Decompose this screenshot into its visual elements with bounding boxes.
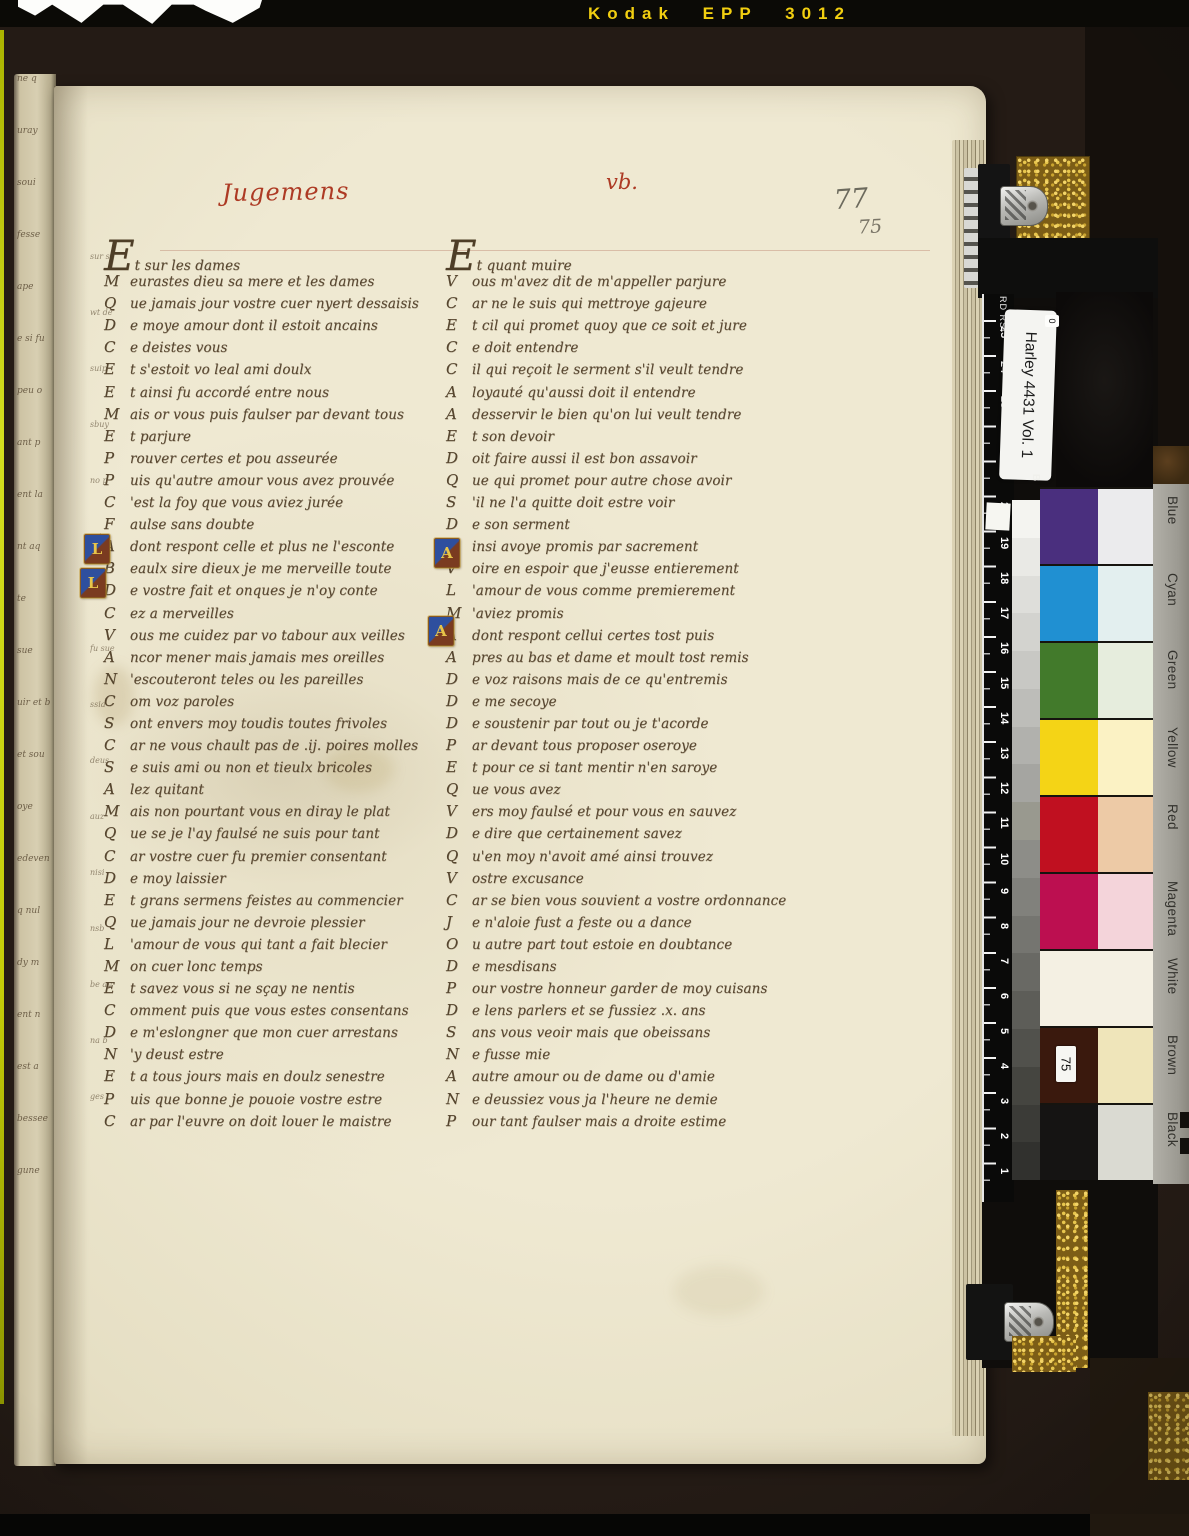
line-initial: E: [104, 891, 130, 909]
gray-step: [1012, 991, 1040, 1029]
line-initial: Q: [104, 824, 130, 842]
clip-bar-top: [964, 168, 978, 288]
line-initial: D: [446, 670, 472, 688]
line-text: omment puis que vous estes consentans: [130, 1003, 409, 1019]
line-initial: Q: [104, 913, 130, 931]
line-initial: C: [446, 294, 472, 312]
gray-step: [1012, 802, 1040, 840]
line-text: t quant muire: [477, 258, 572, 274]
manuscript-line: De mesdisans: [446, 957, 876, 979]
line-initial: C: [104, 1112, 130, 1130]
patch-tint: [1098, 489, 1155, 564]
edge-text-fragment: ape: [17, 282, 57, 292]
gray-step: [1012, 916, 1040, 954]
line-text: rouver certes et pou asseurée: [130, 451, 338, 467]
manuscript-line: Je n'aloie fust a feste ou a dance: [446, 913, 876, 935]
manuscript-line: Sans vous veoir mais que obeissans: [446, 1023, 876, 1045]
edge-text-fragment: sue: [17, 646, 57, 656]
line-text: u autre part tout estoie en doubtance: [472, 937, 732, 953]
manuscript-line: Cil qui reçoit le serment s'il veult ten…: [446, 360, 876, 382]
manuscript-line: Que vous avez: [446, 780, 876, 802]
folio-number-75: 75: [857, 215, 882, 238]
line-text: dont respont celle et plus ne l'esconte: [130, 539, 394, 555]
ruler-number: 2: [998, 1133, 1010, 1139]
line-initial: A: [104, 780, 130, 798]
manuscript-line: Que jamais jour vostre cuer nyert dessai…: [104, 294, 456, 316]
line-text: ue qui promet pour autre chose avoir: [472, 473, 732, 489]
manuscript-line: Vous me cuidez par vo tabour aux veilles: [104, 626, 456, 648]
strip-notch: [1180, 1138, 1189, 1154]
ruler-number: 3: [998, 1098, 1010, 1104]
line-text: ue jamais jour ne devroie plessier: [130, 915, 365, 931]
line-text: ar se bien vous souvient a vostre ordonn…: [472, 893, 786, 909]
edge-text-fragment: te: [17, 594, 57, 604]
tape-scrap: [985, 502, 1010, 530]
gilt-binding-bottom-patch: [1012, 1336, 1076, 1372]
edge-text-fragment: edeven: [17, 854, 57, 864]
line-text: e me secoye: [472, 694, 557, 710]
manuscript-line: Comment puis que vous estes consentans: [104, 1001, 456, 1023]
line-initial: C: [104, 604, 130, 622]
line-text: ar ne le suis qui mettroye gajeure: [472, 296, 707, 312]
line-initial: E: [446, 758, 472, 776]
label-mark-zero: 0: [1045, 315, 1059, 327]
folio-number-77: 77: [833, 183, 869, 216]
manuscript-line: De me secoye: [446, 692, 876, 714]
line-initial: D: [446, 824, 472, 842]
patch-label-blue: Blue: [1165, 496, 1180, 525]
line-initial: Q: [446, 471, 472, 489]
line-text: e moye amour dont il estoit ancains: [130, 318, 378, 334]
patch-label-black: Black: [1165, 1112, 1180, 1147]
line-initial: P: [446, 736, 472, 754]
line-initial: P: [104, 449, 130, 467]
line-initial: E: [446, 427, 472, 445]
manuscript-line: Ce doit entendre: [446, 338, 876, 360]
color-patch-row-magenta: [1040, 872, 1155, 949]
ruler-number: 1: [998, 1168, 1010, 1174]
ruler-number: 14: [998, 712, 1010, 724]
manuscript-line: Et s'estoit vo leal ami doulx: [104, 360, 456, 382]
manuscript-line: Et son devoir: [446, 427, 876, 449]
line-initial: D: [104, 869, 130, 887]
line-text: desservir le bien qu'on lui veult tendre: [472, 407, 741, 423]
running-title: Jugemens: [222, 177, 350, 207]
edge-text-fragment: q nul: [17, 906, 57, 916]
line-initial: S: [446, 493, 472, 511]
edge-text-fragment: ant p: [17, 438, 57, 448]
line-initial: V: [446, 559, 472, 577]
line-text: ncor mener mais jamais mes oreilles: [130, 650, 384, 666]
patch-tint: [1098, 720, 1155, 795]
line-initial: E: [104, 250, 135, 262]
gray-step: [1012, 1105, 1040, 1143]
line-initial: O: [446, 935, 472, 953]
line-initial: M: [104, 957, 130, 975]
line-text: e mesdisans: [472, 959, 557, 975]
black-band-top: [978, 238, 1158, 298]
line-initial: S: [104, 758, 130, 776]
line-text: il qui reçoit le serment s'il veult tend…: [472, 362, 744, 378]
line-text: t grans sermens feistes au commencier: [130, 893, 403, 909]
line-initial: C: [446, 360, 472, 378]
line-text: t parjure: [130, 429, 191, 445]
line-initial: P: [104, 471, 130, 489]
line-text: e deussiez vous ja l'heure ne demie: [472, 1092, 718, 1108]
edge-text-fragment: e si fu: [17, 334, 57, 344]
color-patch-row-yellow: [1040, 718, 1155, 795]
patch-label-strip: BlueCyanGreenYellowRedMagentaWhiteBrownB…: [1153, 484, 1189, 1184]
film-edge-left-strip: [0, 30, 4, 1404]
line-text: autre amour ou de dame ou d'amie: [472, 1069, 715, 1085]
patch-label-white: White: [1165, 958, 1180, 995]
quire-signature: vb.: [606, 170, 638, 194]
manuscript-line: Et savez vous si ne sçay ne nentis: [104, 979, 456, 1001]
line-initial: M: [104, 272, 130, 290]
edge-text-fragment: et sou: [17, 750, 57, 760]
manuscript-line: Mon cuer lonc temps: [104, 957, 456, 979]
manuscript-line: Adont respont celle et plus ne l'esconte: [104, 537, 456, 559]
line-text: e deistes vous: [130, 340, 228, 356]
label-mark-b: B: [1030, 474, 1041, 481]
line-initial: D: [446, 1001, 472, 1019]
edge-text-fragment: oye: [17, 802, 57, 812]
ruler-number: 18: [998, 572, 1010, 584]
patch-tint: [1098, 1028, 1155, 1103]
ruler-number: 5: [998, 1028, 1010, 1034]
manuscript-line: N'escouteront teles ou les pareilles: [104, 670, 456, 692]
manuscript-line: Aautre amour ou de dame ou d'amie: [446, 1067, 876, 1089]
manuscript-line: De voz raisons mais de ce qu'entremis: [446, 670, 876, 692]
ruler-number: 11: [998, 817, 1010, 829]
gray-step: [1012, 1142, 1040, 1180]
manuscript-line: Que se je l'ay faulsé ne suis pour tant: [104, 824, 456, 846]
patch-tint: [1098, 566, 1155, 641]
line-initial: A: [104, 648, 130, 666]
line-initial: D: [446, 515, 472, 533]
color-patch-row-brown: 75: [1040, 1026, 1155, 1103]
line-initial: E: [446, 316, 472, 334]
manuscript-line: Car par l'euvre on doit louer le maistre: [104, 1112, 456, 1134]
edge-text-fragment: peu o: [17, 386, 57, 396]
color-patch-row-red: [1040, 795, 1155, 872]
manuscript-line: Doit faire aussi il est bon assavoir: [446, 449, 876, 471]
manuscript-line: Et parjure: [104, 427, 456, 449]
line-text: t s'estoit vo leal ami doulx: [130, 362, 312, 378]
manuscript-line: Com voz paroles: [104, 692, 456, 714]
manuscript-line: Sont envers moy toudis toutes frivoles: [104, 714, 456, 736]
gray-step: [1012, 651, 1040, 689]
line-initial: S: [104, 714, 130, 732]
line-text: ue jamais jour vostre cuer nyert dessais…: [130, 296, 419, 312]
line-initial: M: [104, 802, 130, 820]
line-text: ostre excusance: [472, 871, 584, 887]
line-text: 'escouteront teles ou les pareilles: [130, 672, 364, 688]
line-initial: F: [104, 515, 130, 533]
patch-full: [1040, 951, 1155, 1026]
manuscript-line: Car se bien vous souvient a vostre ordon…: [446, 891, 876, 913]
line-text: e m'eslongner que mon cuer arrestans: [130, 1025, 398, 1041]
line-text: ers moy faulsé et pour vous en sauvez: [472, 804, 736, 820]
line-text: our vostre honneur garder de moy cuisans: [472, 981, 768, 997]
line-initial: E: [104, 979, 130, 997]
line-text: e fusse mie: [472, 1047, 550, 1063]
manuscript-line: Puis qu'autre amour vous avez prouvée: [104, 471, 456, 493]
patch-saturated: [1040, 643, 1098, 718]
line-text: dont respont cellui certes tost puis: [472, 628, 714, 644]
manuscript-line: De soustenir par tout ou je t'acorde: [446, 714, 876, 736]
line-text: e soustenir par tout ou je t'acorde: [472, 716, 709, 732]
manuscript-line: Et cil qui promet quoy que ce soit et ju…: [446, 316, 876, 338]
line-initial: V: [446, 802, 472, 820]
patch-tint: [1098, 874, 1155, 949]
manuscript-line: Beaulx sire dieux je me merveille toute: [104, 559, 456, 581]
patch-label-yellow: Yellow: [1165, 727, 1180, 768]
gray-step: [1012, 840, 1040, 878]
manuscript-line: Alez quitant: [104, 780, 456, 802]
line-initial: D: [104, 316, 130, 334]
color-patch-row-green: [1040, 641, 1155, 718]
gray-step: [1012, 613, 1040, 651]
line-text: ez a merveilles: [130, 606, 234, 622]
line-initial: Q: [104, 294, 130, 312]
ruler-number: 7: [998, 958, 1010, 964]
line-text: e son serment: [472, 517, 570, 533]
line-text: t cil qui promet quoy que ce soit et jur…: [472, 318, 747, 334]
edge-text-fragment: ent la: [17, 490, 57, 500]
manuscript-line: Puis que bonne je pouoie vostre estre: [104, 1090, 456, 1112]
line-initial: S: [446, 1023, 472, 1041]
line-text: e dire que certainement savez: [472, 826, 682, 842]
gray-step: [1012, 953, 1040, 991]
patch-saturated: [1040, 797, 1098, 872]
manuscript-line: Mais or vous puis faulser par devant tou…: [104, 405, 456, 427]
line-text: ar par l'euvre on doit louer le maistre: [130, 1114, 392, 1130]
manuscript-line: Et grans sermens feistes au commencier: [104, 891, 456, 913]
line-text: 'amour de vous qui tant a fait blecier: [130, 937, 387, 953]
line-initial: A: [446, 405, 472, 423]
line-initial: C: [104, 847, 130, 865]
line-initial: P: [446, 1112, 472, 1130]
line-text: eurastes dieu sa mere et les dames: [130, 274, 375, 290]
line-text: ous m'avez dit de m'appeller parjure: [472, 274, 727, 290]
line-text: oit faire aussi il est bon assavoir: [472, 451, 697, 467]
line-text: lez quitant: [130, 782, 204, 798]
line-text: uis qu'autre amour vous avez prouvée: [130, 473, 394, 489]
patch-saturated: [1040, 489, 1098, 564]
manuscript-line: De dire que certainement savez: [446, 824, 876, 846]
line-text: e vostre fait et onques je n'oy conte: [130, 583, 378, 599]
manuscript-line: N'y deust estre: [104, 1045, 456, 1067]
line-text: ar ne vous chault pas de .ij. poires mol…: [130, 738, 418, 754]
gray-step: [1012, 764, 1040, 802]
manuscript-line: Ainsi avoye promis par sacrement: [446, 537, 876, 559]
line-initial: A: [104, 537, 130, 555]
line-text: pres au bas et dame et moult tost remis: [472, 650, 749, 666]
line-text: our tant faulser mais a droite estime: [472, 1114, 726, 1130]
manuscript-line: M'aviez promis: [446, 604, 876, 626]
line-initial: J: [446, 913, 472, 931]
line-text: e moy laissier: [130, 871, 226, 887]
line-text: u'en moy n'avoit amé ainsi trouvez: [472, 849, 713, 865]
color-patch-row-cyan: [1040, 564, 1155, 641]
edge-text-fragment: ne q: [17, 74, 57, 84]
manuscript-line: Que jamais jour ne devroie plessier: [104, 913, 456, 935]
gray-step: [1012, 689, 1040, 727]
line-initial: M: [104, 405, 130, 423]
line-initial: C: [104, 338, 130, 356]
line-initial: E: [104, 1067, 130, 1085]
line-text: 'il ne l'a quitte doit estre voir: [472, 495, 674, 511]
manuscript-line: Et quant muire: [446, 250, 876, 272]
manuscript-line: Pour vostre honneur garder de moy cuisan…: [446, 979, 876, 1001]
line-text: uis que bonne je pouoie vostre estre: [130, 1092, 382, 1108]
folio-sticker: 75: [1056, 1046, 1076, 1082]
line-initial: N: [446, 1045, 472, 1063]
line-text: e suis ami ou non et tieulx bricoles: [130, 760, 372, 776]
facing-page-edges: ne quraysouifesseapee si fupeu oant pent…: [14, 74, 56, 1466]
left-column: Et sur les damesMeurastes dieu sa mere e…: [104, 250, 456, 1134]
patch-tint: [1098, 1105, 1155, 1180]
patch-label-cyan: Cyan: [1165, 573, 1180, 606]
parchment-stain: [674, 1266, 764, 1316]
manuscript-line: Se suis ami ou non et tieulx bricoles: [104, 758, 456, 780]
gray-step: [1012, 576, 1040, 614]
line-text: 'amour de vous comme premierement: [472, 583, 735, 599]
line-initial: E: [104, 383, 130, 401]
ruler-number: 8: [998, 923, 1010, 929]
line-initial: A: [446, 383, 472, 401]
line-text: t sur les dames: [135, 258, 241, 274]
line-initial: B: [104, 559, 130, 577]
ruler-number: 15: [998, 677, 1010, 689]
ruler-minor-ticks: [984, 337, 990, 1193]
manuscript-line: De lens parlers et se fussiez .x. ans: [446, 1001, 876, 1023]
line-initial: C: [104, 736, 130, 754]
line-text: ue vous avez: [472, 782, 561, 798]
edge-text-fragment: uray: [17, 126, 57, 136]
manuscript-line: De moy laissier: [104, 869, 456, 891]
manuscript-line: Qu'en moy n'avoit amé ainsi trouvez: [446, 847, 876, 869]
line-initial: A: [446, 626, 472, 644]
film-bottom-strip: [0, 1514, 1189, 1536]
edge-text-fragment: est a: [17, 1062, 57, 1072]
line-text: t a tous jours mais en doulz senestre: [130, 1069, 385, 1085]
manuscript-line: Et sur les dames: [104, 250, 456, 272]
line-text: e voz raisons mais de ce qu'entremis: [472, 672, 728, 688]
manuscript-line: Car ne le suis qui mettroye gajeure: [446, 294, 876, 316]
gray-step: [1012, 538, 1040, 576]
line-text: t ainsi fu accordé entre nous: [130, 385, 329, 401]
film-stock-text: Kodak EPP 3012: [588, 4, 851, 24]
patch-saturated: [1040, 1105, 1098, 1180]
black-velvet-pad: [1056, 292, 1153, 514]
ruler-number: 17: [998, 607, 1010, 619]
line-initial: N: [104, 1045, 130, 1063]
patch-saturated: [1040, 720, 1098, 795]
manuscript-line: L'amour de vous qui tant a fait blecier: [104, 935, 456, 957]
ruler-number: 10: [998, 853, 1010, 865]
line-initial: P: [446, 979, 472, 997]
patch-tint: [1098, 643, 1155, 718]
ruler-number: 19: [998, 537, 1010, 549]
strip-notch: [1180, 1112, 1189, 1128]
ruler-number: 16: [998, 642, 1010, 654]
line-text: e doit entendre: [472, 340, 578, 356]
line-initial: C: [104, 692, 130, 710]
manuscript-line: Ancor mener mais jamais mes oreilles: [104, 648, 456, 670]
line-initial: M: [446, 604, 472, 622]
line-text: ous me cuidez par vo tabour aux veilles: [130, 628, 405, 644]
line-initial: D: [446, 692, 472, 710]
line-initial: C: [446, 891, 472, 909]
line-initial: C: [104, 1001, 130, 1019]
patch-column: 75: [1040, 487, 1155, 1180]
manuscript-line: Ce deistes vous: [104, 338, 456, 360]
manuscript-line: Mais non pourtant vous en diray le plat: [104, 802, 456, 824]
line-text: 'aviez promis: [472, 606, 564, 622]
line-initial: D: [104, 581, 130, 599]
manuscript-line: Voire en espoir que j'eusse entierement: [446, 559, 876, 581]
manuscript-line: Ne deussiez vous ja l'heure ne demie: [446, 1090, 876, 1112]
manuscript-line: L'amour de vous comme premierement: [446, 581, 876, 603]
manuscript-line: Vous m'avez dit de m'appeller parjure: [446, 272, 876, 294]
manuscript-line: Cez a merveilles: [104, 604, 456, 626]
line-text: insi avoye promis par sacrement: [472, 539, 698, 555]
manuscript-line: Vers moy faulsé et pour vous en sauvez: [446, 802, 876, 824]
line-initial: E: [446, 250, 477, 262]
line-text: on cuer lonc temps: [130, 959, 263, 975]
edge-text-fragment: bessee: [17, 1114, 57, 1124]
line-initial: A: [446, 537, 472, 555]
manuscript-line: Et pour ce si tant mentir n'en saroye: [446, 758, 876, 780]
color-patch-row-white: [1040, 949, 1155, 1026]
edge-text-fragment: dy m: [17, 958, 57, 968]
line-text: ont envers moy toudis toutes frivoles: [130, 716, 387, 732]
line-initial: V: [104, 626, 130, 644]
ruler-number: 12: [998, 782, 1010, 794]
patch-saturated: [1040, 874, 1098, 949]
gray-step: [1012, 878, 1040, 916]
manuscript-line: Prouver certes et pou asseurée: [104, 449, 456, 471]
manuscript-line: Que qui promet pour autre chose avoir: [446, 471, 876, 493]
line-text: ans vous veoir mais que obeissans: [472, 1025, 710, 1041]
line-text: aulse sans doubte: [130, 517, 254, 533]
edge-text-fragment: gune: [17, 1166, 57, 1176]
line-text: t savez vous si ne sçay ne nentis: [130, 981, 355, 997]
line-initial: V: [446, 869, 472, 887]
line-text: eaulx sire dieux je me merveille toute: [130, 561, 392, 577]
manuscript-line: De m'eslongner que mon cuer arrestans: [104, 1023, 456, 1045]
manuscript-line: Adesservir le bien qu'on lui veult tendr…: [446, 405, 876, 427]
binding-board-edge: [1153, 446, 1189, 484]
line-initial: V: [446, 272, 472, 290]
ruler-number: 9: [998, 888, 1010, 894]
patch-label-magenta: Magenta: [1165, 881, 1180, 936]
edge-text-fragment: ent n: [17, 1010, 57, 1020]
line-initial: C: [446, 338, 472, 356]
line-text: e n'aloie fust a feste ou a dance: [472, 915, 692, 931]
line-text: loyauté qu'aussi doit il entendre: [472, 385, 696, 401]
folio-sticker-text: 75: [1059, 1057, 1074, 1071]
line-initial: N: [104, 670, 130, 688]
gray-scale: [1012, 500, 1040, 1180]
manuscript-line: Meurastes dieu sa mere et les dames: [104, 272, 456, 294]
gray-step: [1012, 1067, 1040, 1105]
manuscript-line: De son serment: [446, 515, 876, 537]
patch-label-red: Red: [1165, 804, 1180, 830]
manuscript-line: De vostre fait et onques je n'oy conte: [104, 581, 456, 603]
